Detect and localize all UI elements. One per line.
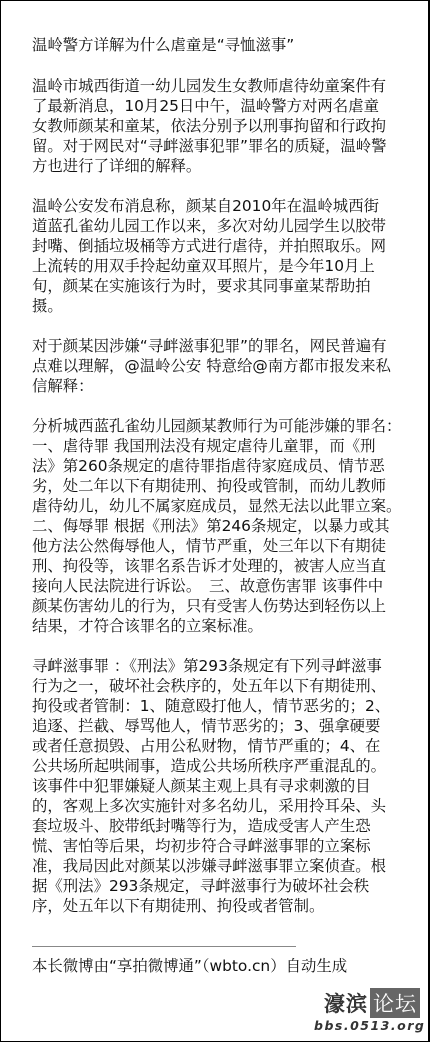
article: 温岭警方详解为什么虐童是“寻恤滋事” 温岭市城西街道一幼儿园发生女教师虐待幼童案… — [32, 35, 394, 996]
paragraph-police-statement: 温岭公安发布消息称，颜某自2010年在温岭城西街道蓝孔雀幼儿园工作以来，多次对幼… — [32, 196, 394, 316]
watermark-url: bbs.0513.org — [314, 1018, 420, 1033]
generated-by-footer: 本长微博由“享拍微博通”（wbto.cn）自动生成 — [32, 956, 394, 976]
paragraph-crime-analysis: 分析城西蓝孔雀幼儿园颜某教师行为可能涉嫌的罪名： 一、虐待罪 我国刑法没有规定虐… — [32, 416, 394, 636]
article-title: 温岭警方详解为什么虐童是“寻恤滋事” — [32, 35, 394, 55]
document-frame: 温岭警方详解为什么虐童是“寻恤滋事” 温岭市城西街道一幼儿园发生女教师虐待幼童案… — [0, 0, 430, 1042]
footer-divider — [32, 946, 296, 947]
watermark-logo-right: 论坛 — [370, 988, 420, 1018]
watermark-logo-left: 濠滨 — [322, 988, 370, 1018]
forum-watermark: 濠滨 论坛 bbs.0513.org — [314, 990, 420, 1033]
paragraph-provoking-trouble: 寻衅滋事罪 ：《刑法》第293条规定有下列寻衅滋事行为之一，破坏社会秩序的，处五… — [32, 656, 394, 916]
paragraph-news: 温岭市城西街道一幼儿园发生女教师虐待幼童案件有了最新消息，10月25日中午，温岭… — [32, 76, 394, 176]
paragraph-netizen-question: 对于颜某因涉嫌“寻衅滋事犯罪”的罪名，网民普遍有点难以理解，@温岭公安 特意给@… — [32, 336, 394, 396]
